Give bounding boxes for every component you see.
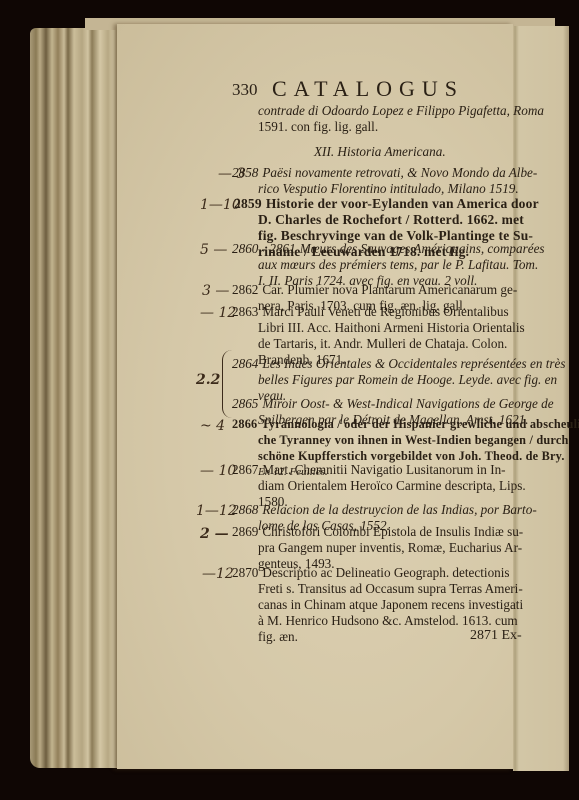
entry-number: 2864 bbox=[232, 356, 258, 371]
entry-number: 2863 bbox=[232, 304, 258, 319]
entry-text: Marci Pauli Veneti de Regionibus Orienta… bbox=[262, 304, 508, 319]
entry-text: che Tyranney von ihnen in West-Indien be… bbox=[258, 432, 569, 448]
entry-text: Mœurs des Sauvages Amériquains, comparée… bbox=[300, 241, 545, 256]
entry-text: diam Orientalem Heroïco Carmine descript… bbox=[258, 478, 526, 494]
manuscript-price: —12 bbox=[202, 566, 234, 582]
entry-text: Historie der voor-Eylanden van America d… bbox=[266, 196, 539, 211]
entry-number: 2866 bbox=[232, 417, 257, 431]
manuscript-price: 1—12 bbox=[196, 503, 237, 519]
entry-text: Paësi novamente retrovati, & Novo Mondo … bbox=[262, 165, 537, 180]
entry-text: rico Vesputio Florentino intitulado, Mil… bbox=[258, 181, 519, 197]
entry-text: de Tartaris, it. Andr. Mulleri de Chataj… bbox=[258, 336, 507, 352]
entry-text: Mart. Chemnitii Navigatio Lusitanorum in… bbox=[262, 462, 505, 477]
page-text: 330 CATALOGUS contrade di Odoardo Lopez … bbox=[0, 0, 579, 800]
continuation-line: 1591. con fig. lig. gall. bbox=[258, 119, 378, 135]
page-number: 330 bbox=[232, 80, 258, 100]
manuscript-price: 2.2 bbox=[196, 372, 220, 388]
entry-text: Car. Plumier nova Plantarum Americanarum… bbox=[262, 282, 517, 297]
section-heading: XII. Historia Americana. bbox=[314, 144, 446, 160]
entry-text: Miroir Oost- & West-Indical Navigations … bbox=[262, 396, 553, 411]
entry-number: 2868 bbox=[232, 502, 258, 517]
entry-text: à M. Henrico Hudsono &c. Amstelod. 1613.… bbox=[258, 613, 518, 629]
page-header: 330 CATALOGUS bbox=[232, 76, 532, 106]
entry-text: Christofori Colombi Epistola de Insulis … bbox=[262, 524, 523, 539]
entry-text: pra Gangem nuper inventis, Romæ, Euchari… bbox=[258, 540, 522, 556]
entry-text: Les Indes Orientales & Occidentales repr… bbox=[262, 356, 565, 371]
manuscript-price: — 12 bbox=[200, 305, 236, 321]
entry-text: Descriptio ac Delineatio Geograph. detec… bbox=[262, 565, 509, 580]
entry-number: 2865 bbox=[232, 396, 258, 411]
entry-text: D. Charles de Rochefort / Rotterd. 1662.… bbox=[258, 212, 524, 228]
entry-text: fig. æn. bbox=[258, 629, 298, 645]
entry-text: Freti s. Transitus ad Occasum supra Terr… bbox=[258, 581, 523, 597]
manuscript-price: ~ 4 bbox=[200, 418, 225, 434]
entry-text: canas in Chinam atque Japonem recens inv… bbox=[258, 597, 523, 613]
entry-number: 2860 - 2861 bbox=[232, 241, 296, 256]
entry-text: aux mœurs des prémiers tems, par le P. L… bbox=[258, 257, 538, 273]
entry-text: belles Figures par Romein de Hooge. Leyd… bbox=[258, 372, 557, 388]
entry-text: Tyrannologia / oder der Hispanier grewli… bbox=[261, 417, 579, 431]
manuscript-price: 5 — bbox=[200, 242, 227, 258]
entry-number: 2870 bbox=[232, 565, 258, 580]
entry-number: 2862 bbox=[232, 282, 258, 297]
entry-number: 2858 bbox=[232, 165, 258, 180]
running-title: CATALOGUS bbox=[272, 76, 464, 102]
entry-number: 2869 bbox=[232, 524, 258, 539]
entry-number: 2859 bbox=[234, 196, 262, 211]
manuscript-price: 3 — bbox=[202, 283, 229, 299]
entry-text: Libri III. Acc. Haithoni Armeni Historia… bbox=[258, 320, 525, 336]
entry-number: 2867 bbox=[232, 462, 258, 477]
entry-text: Relacion de la destruycion de las Indias… bbox=[262, 502, 536, 517]
manuscript-price: 2 — bbox=[200, 526, 229, 542]
continuation-line: contrade di Odoardo Lopez e Filippo Piga… bbox=[258, 103, 544, 119]
catchword: 2871 Ex- bbox=[470, 628, 522, 644]
manuscript-price: — 10 bbox=[200, 463, 236, 479]
